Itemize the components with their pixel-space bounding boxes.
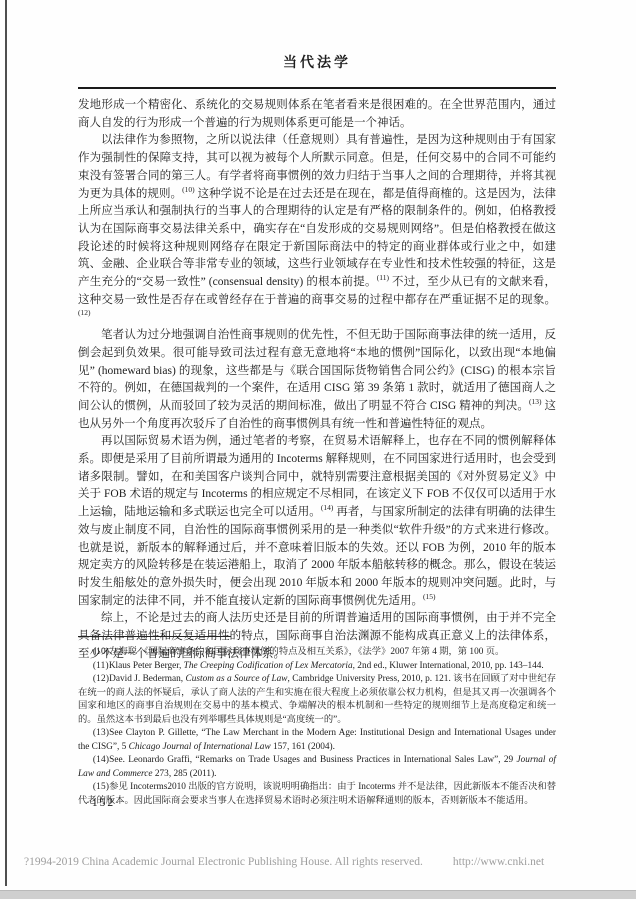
footnote-ref: (10) [182, 185, 195, 194]
footnote-ref: (14) [321, 503, 334, 512]
paragraph: 再以国际贸易术语为例，通过笔者的考察，在贸易术语解释上，也存在不同的惯例解释体系… [78, 433, 556, 610]
footnote-item: (14)See. Leonardo Graffi, “Remarks on Tr… [78, 754, 556, 781]
footnote-marker: (15) [93, 782, 109, 792]
footnote-item: (15)参见 Incoterms2010 出版的官方说明，该说明明确指出：由于 … [78, 781, 556, 808]
copyright-line: ?1994-2019 China Academic Journal Electr… [24, 856, 624, 868]
footnote-item: (12)David J. Bederman, Custom as a Sourc… [78, 673, 556, 727]
journal-title: 当代法学 [78, 52, 556, 72]
footnote-separator [78, 636, 231, 637]
scanned-journal-page: 当代法学 发地形成一个精密化、系统化的交易规则体系在笔者看来是很困难的。在全世界… [0, 0, 636, 900]
text-run: 笔者认为过分地强调自治性商事规则的优先性，不但无助于国际商事法律的统一适用，反倒… [78, 329, 556, 412]
footnote-item: (13)See Clayton P. Gillette, “The Law Me… [78, 727, 556, 754]
paragraph: 发地形成一个精密化、系统化的交易规则体系在笔者看来是很困难的。在全世界范围内，通… [78, 97, 556, 132]
scan-edge-line [5, 0, 7, 886]
text-run: 左海聪 《国际商事条约和国际商事惯例的特点及相互关系》，《法学》2007 年第 … [109, 647, 504, 657]
text-run: , 2nd ed., Kluwer International, 2010, p… [353, 661, 544, 671]
article-body: 发地形成一个精密化、系统化的交易规则体系在笔者看来是很困难的。在全世界范围内，通… [78, 97, 556, 664]
page-number: ·152· [86, 797, 121, 809]
italic-title: Custom as a Source of Law [186, 674, 288, 684]
text-run: 这种学说不论是在过去还是在现在，都是值得商榷的。这是因为，法律上所应当承认和强制… [78, 188, 556, 289]
text-run: 157, 161 (2004). [271, 742, 335, 752]
scanner-strip [0, 890, 636, 899]
footnote-item: (11)Klaus Peter Berger, The Creeping Cod… [78, 660, 556, 674]
text-run: See. Leonardo Graffi, “Remarks on Trade … [109, 755, 516, 765]
copyright-text: ?1994-2019 China Academic Journal Electr… [24, 856, 423, 868]
italic-title: Chicago Journal of International Law [129, 742, 271, 752]
footnote-ref: (15) [423, 592, 436, 601]
footnote-ref: (12) [78, 309, 91, 318]
text-run: 参见 Incoterms2010 出版的官方说明，该说明明确指出：由于 Inco… [78, 782, 556, 806]
text-run: Klaus Peter Berger, [109, 661, 184, 671]
text-run: 再者，与国家所制定的法律有明确的法律生效与废止制度不同，自治性的国际商事惯例采用… [78, 506, 556, 607]
header-rule [78, 87, 556, 89]
footnote-marker: (12) [93, 674, 109, 684]
footnote-marker: (14) [93, 755, 109, 765]
paragraph: 以法律作为参照物，之所以说法律（任意规则）具有普遍性，是因为这种规则由于有国家作… [78, 132, 556, 327]
footnote-marker: (13) [93, 728, 109, 738]
text-run: 273, 285 (2011). [153, 769, 217, 779]
footnote-item: (10)左海聪 《国际商事条约和国际商事惯例的特点及相互关系》，《法学》2007… [78, 646, 556, 660]
footnote-ref: (13) [529, 397, 542, 406]
cnki-url: http://www.cnki.net [453, 856, 544, 868]
text-run: 发地形成一个精密化、系统化的交易规则体系在笔者看来是很困难的。在全世界范围内，通… [78, 99, 556, 129]
text-run: David J. Bederman, [109, 674, 185, 684]
italic-title: The Creeping Codification of Lex Mercato… [184, 661, 353, 671]
footnote-marker: (10) [93, 647, 109, 657]
footnote-marker: (11) [93, 661, 109, 671]
paragraph: 笔者认为过分地强调自治性商事规则的优先性，不但无助于国际商事法律的统一适用，反倒… [78, 327, 556, 433]
footnotes-section: (10)左海聪 《国际商事条约和国际商事惯例的特点及相互关系》，《法学》2007… [78, 646, 556, 808]
footnote-ref: (11) [377, 273, 389, 282]
